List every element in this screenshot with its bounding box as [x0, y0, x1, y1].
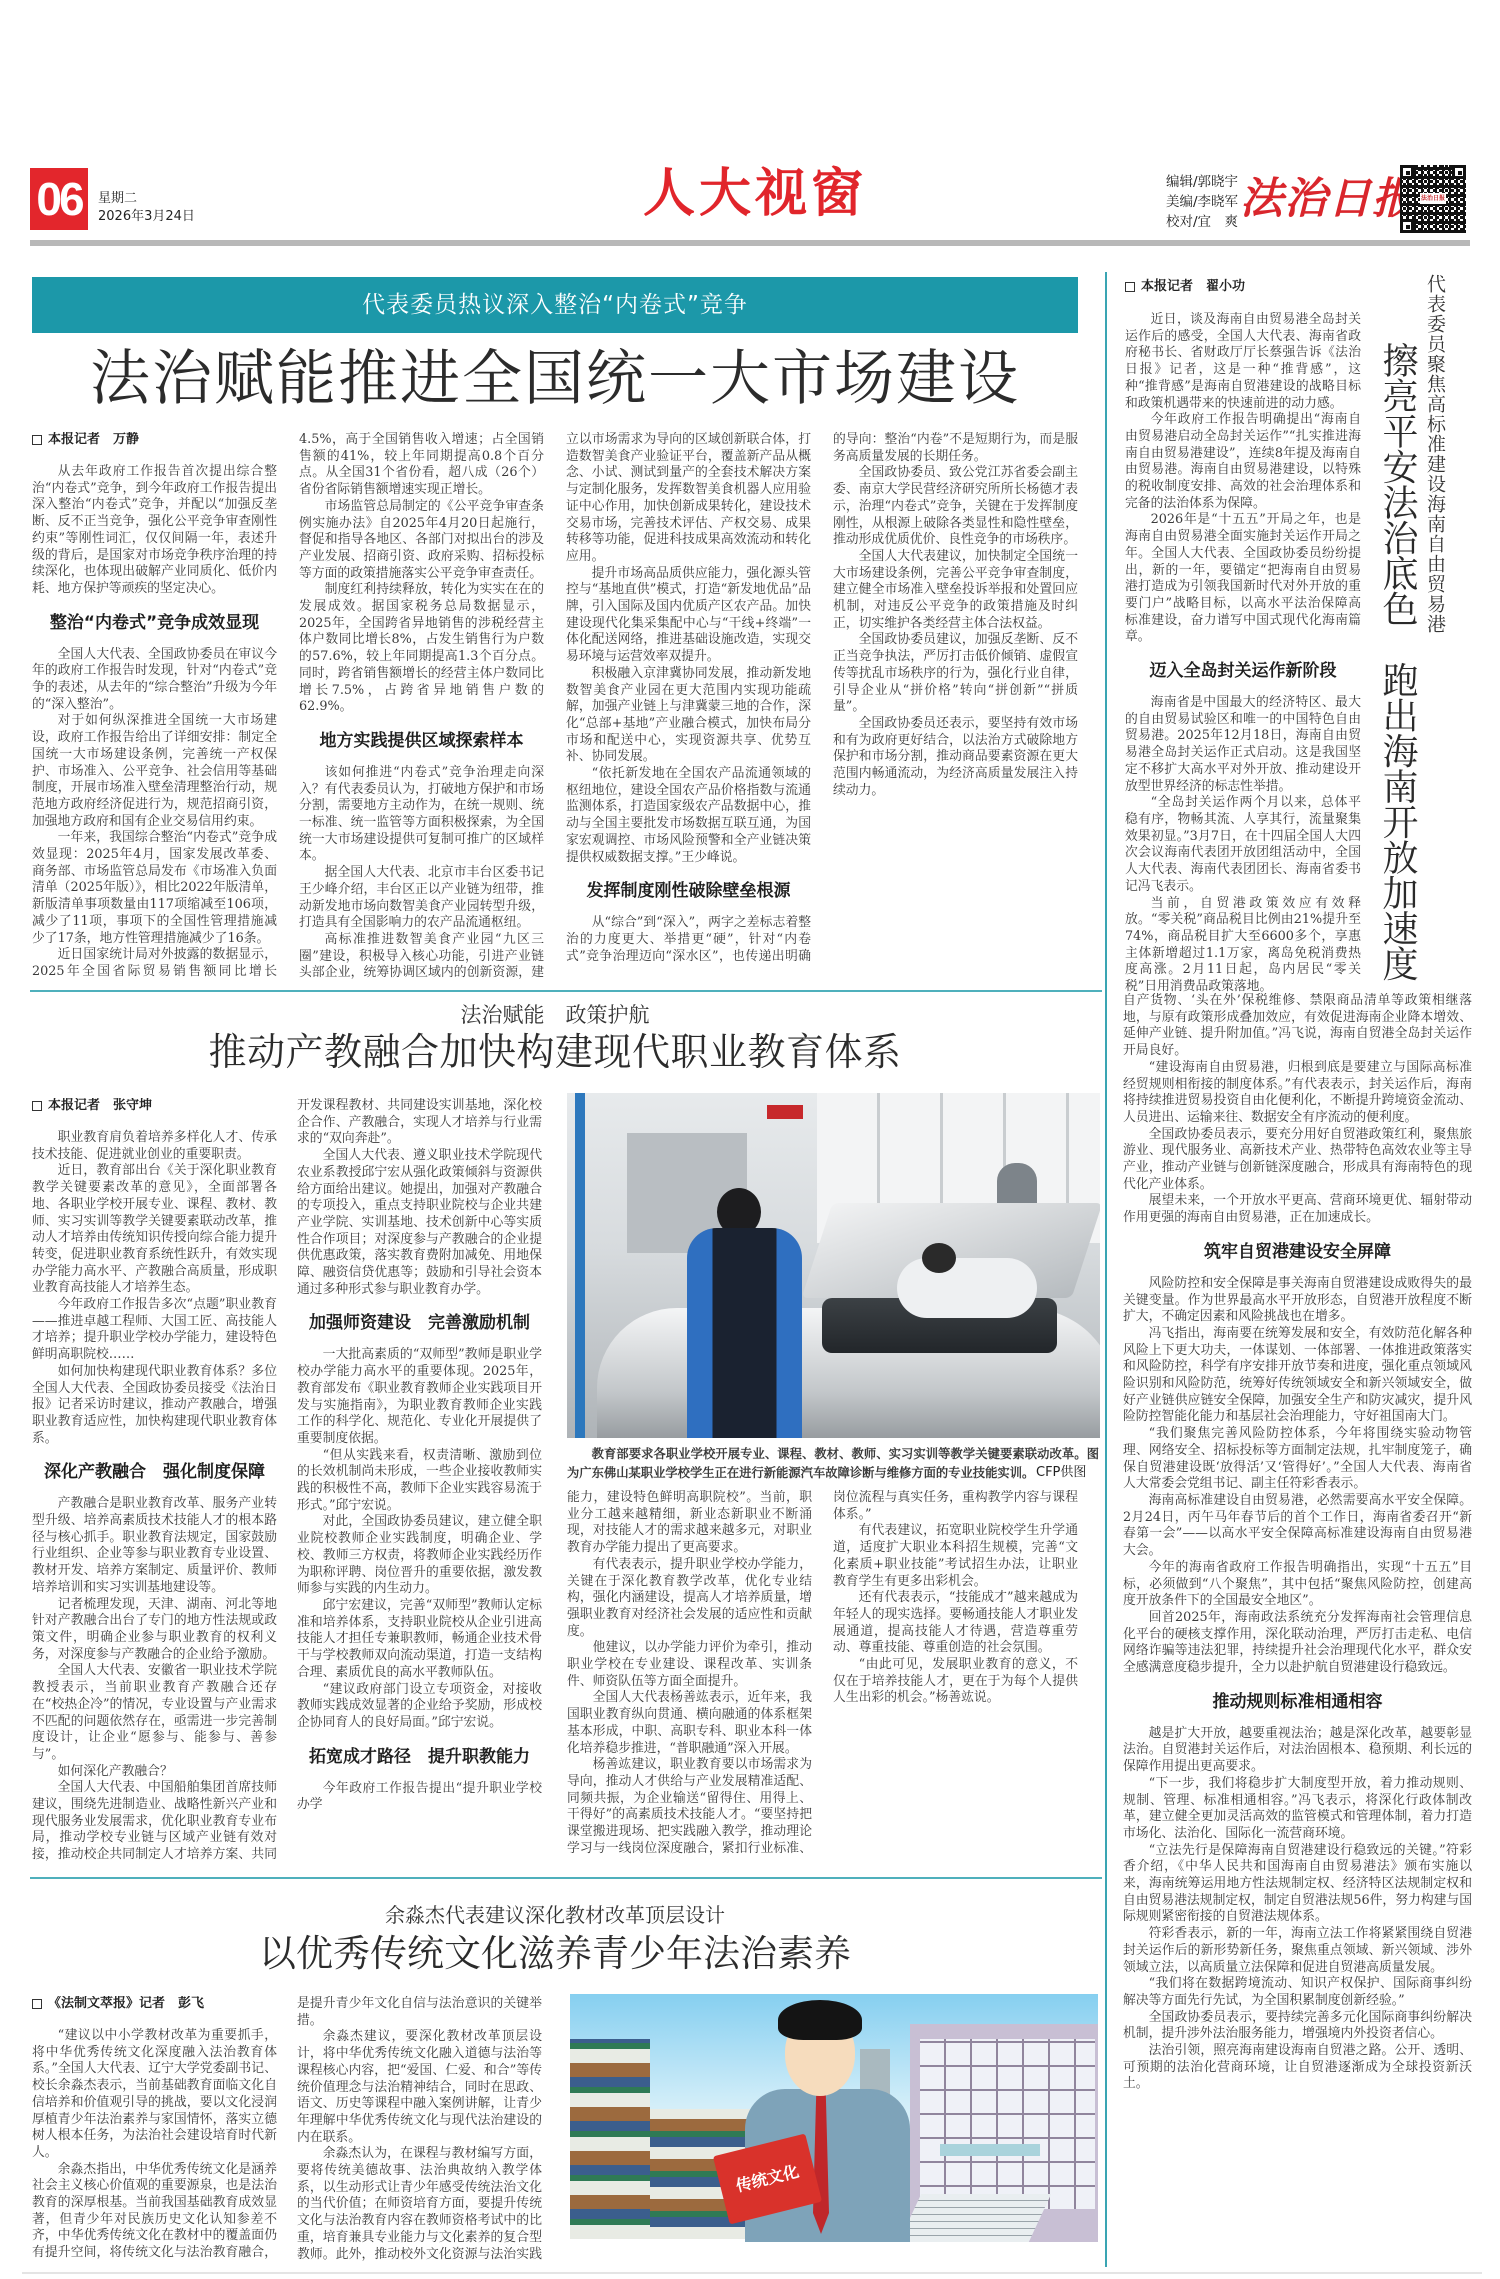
- paragraph: 海南省是中国最大的经济特区、最大的自由贸易试验区和唯一的中国特色自由贸易港。20…: [1125, 695, 1361, 795]
- paragraph: 如何深化产教融合？: [32, 1764, 277, 1781]
- paragraph: 全国人大代表建议，加快制定全国统一大市场建设条例，完善公平竞争审查制度，建立健全…: [833, 549, 1078, 633]
- section-heading: 迈入全岛封关运作新阶段: [1125, 660, 1361, 682]
- paragraph: “全岛封关运作两个月以来，总体平稳有序，物畅其流、人享其行，流量聚集效果初显。”…: [1125, 795, 1361, 895]
- qr-finder-icon: [1452, 165, 1466, 179]
- paragraph: 职业教育肩负着培养多样化人才、传承技术技能、促进就业创业的重要职责。: [32, 1130, 277, 1163]
- photo-caption: 教育部要求各职业学校开展专业、课程、教材、教师、实习实训等教学关键要素联动改革。…: [567, 1444, 1099, 1482]
- article3-kicker: 余淼杰代表建议深化教材改革顶层设计: [32, 1902, 1078, 1928]
- paragraph: “建议以中小学教材改革为重要抓手，将中华优秀传统文化深度融入法治教育体系。”全国…: [32, 2028, 277, 2162]
- paragraph: 全国政协委员表示，要充分用好自贸港政策红利，聚焦旅游业、现代服务业、高新技术产业…: [1123, 1127, 1472, 1194]
- paragraph: 冯飞指出，海南要在统筹发展和安全，有效防范化解各种风险上下更大功夫，一体谋划、一…: [1123, 1326, 1472, 1426]
- qr-code-icon: 法治日报: [1400, 165, 1466, 233]
- illus-steps: [899, 2194, 1051, 2242]
- photo-red-sign: [767, 1105, 803, 1119]
- article2-headline[interactable]: 推动产教融合加快构建现代职业教育体系: [32, 1028, 1078, 1076]
- paragraph: 全国人大代表、遵义职业技术学院现代农业系教授邱宁宏从强化政策倾斜与资源供给方面给…: [297, 1148, 542, 1298]
- paragraph: 记者梳理发现，天津、湖南、河北等地针对产教融合出台了专门的地方性法规或政策文件，…: [32, 1597, 277, 1664]
- paragraph: 当前，自贸港政策效应有效释放。“零关税”商品税目比例由21%提升至74%，商品税…: [1125, 896, 1361, 993]
- paragraph: 越是扩大开放，越要重视法治；越是深化改革，越要彰显法治。自贸港封关运作后，对法治…: [1123, 1726, 1472, 1776]
- sidebar-headline[interactable]: 擦亮平安法治底色 跑出海南开放加速度: [1377, 342, 1417, 952]
- paragraph: 如何加快构建现代职业教育体系？多位全国人大代表、全国政协委员接受《法治日报》记者…: [32, 1364, 277, 1448]
- paragraph: 海南高标准建设自由贸易港，必然需要高水平安全保障。2月24日，丙午马年春节后的首…: [1123, 1493, 1472, 1560]
- paragraph: 制度红利持续释放，转化为实实在在的发展成效。据国家税务总局数据显示，2025年，…: [299, 582, 544, 716]
- paragraph: 全国人大代表杨善竑表示，近年来，我国职业教育纵向贯通、横向融通的体系框架基本形成…: [567, 1690, 812, 1757]
- sidebar-body-upper: 近日，谈及海南自由贸易港全岛封关运作后的感受，全国人大代表、海南省政府秘书长、省…: [1125, 312, 1361, 992]
- paragraph: 全国政协委员建议，加强反垄断、反不正当竞争执法，严厉打击低价倾销、虚假宣传等扰乱…: [833, 632, 1078, 716]
- paragraph: 从去年政府工作报告首次提出综合整治“内卷式”竞争，到今年政府工作报告提出深入整治…: [32, 464, 277, 598]
- byline-text: 本报记者 张守坤: [48, 1098, 152, 1114]
- newspaper-logo: 法治日报: [1240, 168, 1416, 230]
- paragraph: 回首2025年，海南政法系统充分发挥海南社会管理信息化平台的硬核支撑作用，深化联…: [1123, 1610, 1472, 1677]
- paragraph: 全国政协委员还表示，要坚持有效市场和有为政府更好结合，以法治方式破除地方保护和市…: [833, 716, 1078, 800]
- paragraph: “依托新发地在全国农产品流通领域的枢纽地位，建设全国农产品价格指数与流通监测体系…: [566, 766, 811, 866]
- paragraph: 全国人大代表、全国政协委员在审议今年的政府工作报告时发现，针对“内卷式”竞争的表…: [32, 647, 277, 714]
- illus-book-title: 传统文化: [734, 2162, 801, 2196]
- paragraph: 全国政协委员表示，要持续完善多元化国际商事纠纷解决机制，提升涉外法治服务能力，增…: [1123, 2010, 1472, 2043]
- paragraph: 全国政协委员、致公党江苏省委会副主委、南京大学民营经济研究所所长杨德才表示，治理…: [833, 465, 1078, 549]
- paragraph: 一年来，我国综合整治“内卷式”竞争成效显现：2025年4月，国家发展改革委、商务…: [32, 830, 277, 947]
- photo-pole: [575, 1093, 585, 1438]
- paragraph: 能力，建设特色鲜明高职院校”。当前，职业分工越来越精细，新业态新职业不断涌现，对…: [567, 1490, 812, 1557]
- section-title: 人大视窗: [610, 163, 900, 225]
- paragraph: 今年的海南省政府工作报告明确指出，实现“十五五”目标，必须做到“八个聚焦”，其中…: [1123, 1560, 1472, 1610]
- paragraph: 展望未来，一个开放水平更高、营商环境更优、辐射带动作用更强的海南自由贸易港，正在…: [1123, 1193, 1472, 1226]
- editor-credits: 编辑/郭晓宇 美编/李晓军 校对/宜 爽: [1166, 172, 1238, 232]
- page-bottom-rule: [22, 2272, 1482, 2274]
- paragraph: “立法先行是保障海南自贸港建设行稳致远的关键。”符彩香介绍，《中华人民共和国海南…: [1123, 1843, 1472, 1927]
- section-heading: 推动规则标准相通相容: [1123, 1691, 1472, 1713]
- issue-date: 2026年3月24日: [98, 209, 195, 225]
- article1-banner: 代表委员热议深入整治“内卷式”竞争: [32, 277, 1078, 333]
- byline-square-icon: [1125, 282, 1135, 292]
- byline-text: 本报记者 万静: [48, 432, 139, 448]
- weekday: 星期二: [98, 191, 137, 207]
- paragraph: 有代表建议，拓宽职业院校学生升学通道，适度扩大职业本科招生规模，完善“文化素质+…: [833, 1523, 1078, 1590]
- byline-square-icon: [32, 1101, 42, 1111]
- paragraph: “建议政府部门设立专项资金，对接收教师实践成效显著的企业给予奖励，形成校企协同育…: [297, 1682, 542, 1732]
- photo-student-leaning: [897, 1258, 1037, 1318]
- byline-square-icon: [32, 435, 42, 445]
- photo-standing-student-jacket: [687, 1228, 802, 1438]
- paragraph: 近日，教育部出台《关于深化职业教育教学关键要素改革的意见》，全面部署各地、各职业…: [32, 1163, 277, 1297]
- article2-kicker: 法治赋能 政策护航: [32, 1002, 1078, 1028]
- paragraph: 一大批高素质的“双师型”教师是职业学校办学能力高水平的重要体现。2025年，教育…: [297, 1347, 542, 1447]
- section-heading: 深化产教融合 强化制度保障: [32, 1461, 277, 1483]
- header-divider: [30, 240, 1470, 246]
- illus-building-windows: [920, 2039, 1095, 2209]
- photo-student-head: [922, 1243, 956, 1273]
- paragraph: 有代表表示，提升职业学校办学能力，关键在于深化教育教学改革，优化专业结构，强化内…: [567, 1557, 812, 1641]
- qr-finder-icon: [1400, 219, 1414, 233]
- article-divider: [30, 1877, 1102, 1879]
- cartoon-illustration: 传统文化: [570, 1994, 1098, 2242]
- qr-center-label: 法治日报: [1420, 193, 1446, 204]
- byline-text: 《法制文萃报》记者 彭飞: [48, 1996, 204, 2012]
- section-heading: 整治“内卷式”竞争成效显现: [32, 612, 277, 634]
- section-heading: 发挥制度刚性破除壁垒根源: [566, 880, 811, 902]
- illus-book-stack: [570, 2039, 650, 2239]
- paragraph: 自产货物、‘头在外’保税维修、禁限商品清单等政策相继落地，与原有政策形成叠加效应…: [1123, 993, 1472, 1060]
- paragraph: 符彩香表示，新的一年，海南立法工作将紧紧围绕自贸港封关运作后的新形势新任务，聚焦…: [1123, 1926, 1472, 1976]
- article3-body: 《法制文萃报》记者 彭飞 “建议以中小学教材改革为重要抓手，将中华优秀传统文化深…: [32, 1996, 542, 2264]
- page-number-badge: 06: [30, 168, 88, 230]
- paragraph: 今年政府工作报告提出“提升职业学校办学: [297, 1781, 542, 1814]
- article1-byline: 本报记者 万静: [32, 432, 277, 448]
- sidebar-divider: [1105, 272, 1107, 2267]
- paragraph: 近日，谈及海南自由贸易港全岛封关运作后的感受，全国人大代表、海南省政府秘书长、省…: [1125, 312, 1361, 412]
- paragraph: 据全国人大代表、北京市丰台区委书记王少峰介绍，丰台区正以产业链为纽带，推动新发地…: [299, 865, 544, 932]
- article2-body-right: 能力，建设特色鲜明高职院校”。当前，职业分工越来越精细，新业态新职业不断涌现，对…: [567, 1490, 1078, 1874]
- paragraph: “由此可见，发展职业教育的意义，不仅在于培养技能人才，更在于为每个人提供人生出彩…: [833, 1657, 1078, 1707]
- paragraph: 邱宁宏建议，完善“双师型”教师认定标准和培养体系，支持职业院校从企业引进高技能人…: [297, 1598, 542, 1682]
- paragraph: 全国人大代表、安徽省一职业技术学院教授表示，当前职业教育产教融合还存在“校热企冷…: [32, 1663, 277, 1763]
- section-heading: 地方实践提供区域探索样本: [299, 730, 544, 752]
- section-heading: 加强师资建设 完善激励机制: [297, 1312, 542, 1334]
- sidebar-subheadline: 代表委员聚焦高标准建设海南自由贸易港: [1424, 274, 1446, 654]
- article2-byline: 本报记者 张守坤: [32, 1098, 277, 1114]
- article2-body-left: 本报记者 张守坤 职业教育肩负着培养多样化人才、传承技术技能、促进就业创业的重要…: [32, 1098, 542, 1876]
- byline-text: 本报记者 翟小功: [1141, 279, 1245, 295]
- news-photo: [567, 1093, 1100, 1438]
- paragraph: 提升市场高品质供应能力，强化源头管控与“基地直供”模式，打造“新发地优品”品牌，…: [566, 566, 811, 666]
- article-divider: [30, 990, 1102, 992]
- section-heading: 拓宽成才路径 提升职教能力: [297, 1746, 542, 1768]
- sidebar-body-lower: 自产货物、‘头在外’保税维修、禁限商品清单等政策相继落地，与原有政策形成叠加效应…: [1123, 993, 1472, 2265]
- photo-credit: CFP供图: [1036, 1463, 1086, 1482]
- section-heading: 筑牢自贸港建设安全屏障: [1123, 1241, 1472, 1263]
- paragraph: 还有代表表示，“技能成才”越来越成为年轻人的现实选择。要畅通技能人才职业发展通道…: [833, 1590, 1078, 1657]
- paragraph: “下一步，我们将稳步扩大制度型开放，着力推动规则、规制、管理、标准相通相容。”冯…: [1123, 1776, 1472, 1843]
- paragraph: 今年政府工作报告明确提出“海南自由贸易港启动全岛封关运作”“扎实推进海南自由贸易…: [1125, 412, 1361, 512]
- art-editor-credit: 美编/李晓军: [1166, 192, 1238, 212]
- illus-boy-hair: [778, 2000, 862, 2040]
- paragraph: “我们聚焦完善风险防控体系，今年将围绕实验动物管理、网络安全、招标投标等方面制定…: [1123, 1426, 1472, 1493]
- qr-finder-icon: [1400, 165, 1414, 179]
- paragraph: “但从实践来看，权责清晰、激励到位的长效机制尚未形成，一些企业接收教师实践的积极…: [297, 1448, 542, 1515]
- article3-byline: 《法制文萃报》记者 彭飞: [32, 1996, 277, 2012]
- paragraph: 该如何推进“内卷式”竞争治理走向深入？有代表委员认为，打破地方保护和市场分割，需…: [299, 765, 544, 865]
- sidebar-byline: 本报记者 翟小功: [1125, 279, 1245, 295]
- paragraph: 市场监管总局制定的《公平竞争审查条例实施办法》自2025年4月20日起施行，督促…: [299, 499, 544, 583]
- byline-square-icon: [32, 1999, 42, 2009]
- paragraph: 2026年是“十五五”开局之年，也是海南自由贸易港全面实施封关运作开局之年。全国…: [1125, 512, 1361, 646]
- illus-building-canopy: [940, 2144, 1040, 2156]
- paragraph: 今年政府工作报告多次“点题”职业教育——推进卓越工程师、大国工匠、高技能人才培养…: [32, 1297, 277, 1364]
- editor-credit: 编辑/郭晓宇: [1166, 172, 1238, 192]
- paragraph: “我们将在数据跨境流动、知识产权保护、国际商事纠纷解决等方面先行先试，为全国积累…: [1123, 1976, 1472, 2009]
- paragraph: 积极融入京津冀协同发展，推动新发地数智美食产业园在更大范围内实现功能疏解，加强产…: [566, 666, 811, 766]
- paragraph: 他建议，以办学能力评价为牵引，推动职业学校在专业建设、课程改革、实训条件、师资队…: [567, 1640, 812, 1690]
- paragraph: 余淼杰建议，要深化教材改革顶层设计，将中华优秀传统文化融入道德与法治等课程核心内…: [297, 2029, 542, 2146]
- paragraph: 对于如何纵深推进全国统一大市场建设，政府工作报告给出了详细安排：制定全国统一大市…: [32, 713, 277, 830]
- paragraph: 风险防控和安全保障是事关海南自贸港建设成败得失的最关键变量。作为世界最高水平开放…: [1123, 1276, 1472, 1326]
- article1-body: 本报记者 万静 从去年政府工作报告首次提出综合整治“内卷式”竞争，到今年政府工作…: [32, 432, 1078, 988]
- article1-headline[interactable]: 法治赋能推进全国统一大市场建设: [32, 342, 1078, 416]
- proofreader-credit: 校对/宜 爽: [1166, 212, 1238, 232]
- paragraph: 法治引领，照亮海南建设海南自贸港之路。公开、透明、可预期的法治化营商环境，让自贸…: [1123, 2043, 1472, 2093]
- paragraph: 产教融合是职业教育改革、服务产业转型升级、培养高素质技术技能人才的根本路径与核心…: [32, 1496, 277, 1596]
- paragraph: 对此，全国政协委员建议，建立健全职业院校教师企业实践制度，明确企业、学校、教师三…: [297, 1514, 542, 1598]
- paragraph: “建设海南自由贸易港，归根到底是要建立与国际高标准经贸规则相衔接的制度体系。”有…: [1123, 1060, 1472, 1127]
- article3-headline[interactable]: 以优秀传统文化滋养青少年法治素养: [32, 1930, 1078, 1978]
